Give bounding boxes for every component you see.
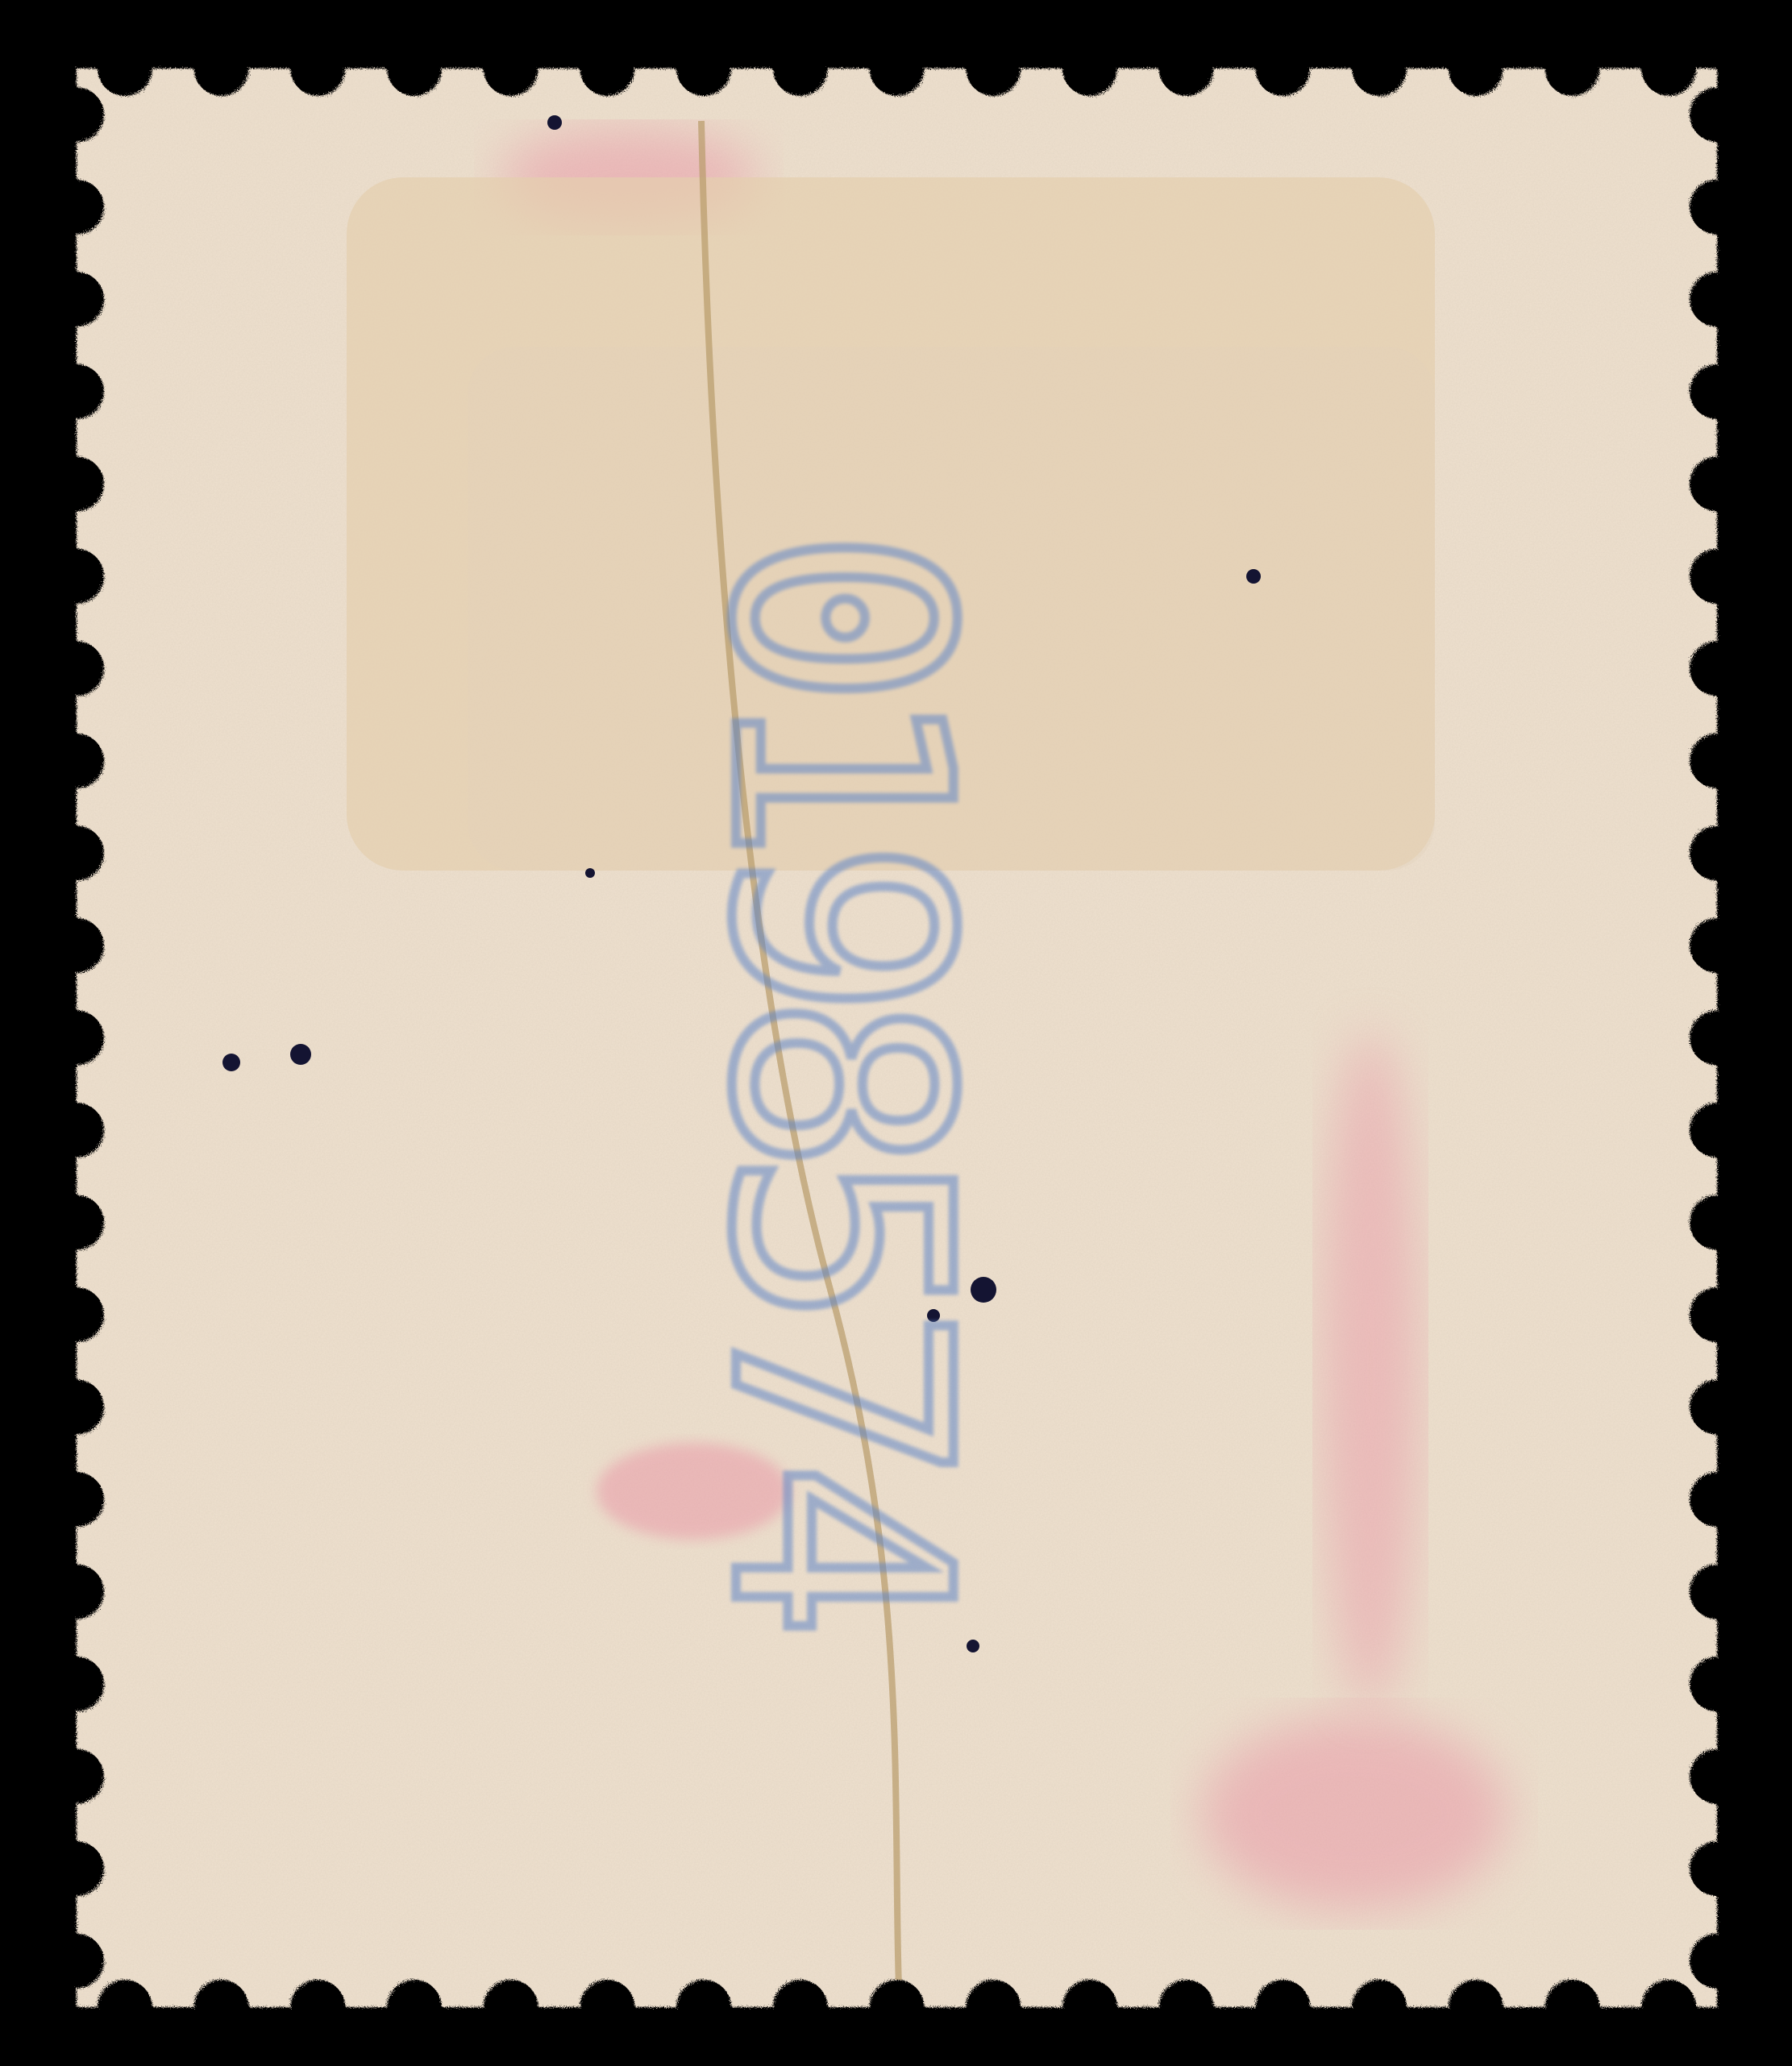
stamp-photo: 0198574 [0, 0, 1792, 2066]
control-number: 0198574 [665, 528, 1012, 1615]
pink-stain [1201, 1717, 1507, 1910]
pink-stain [1322, 1032, 1419, 1709]
